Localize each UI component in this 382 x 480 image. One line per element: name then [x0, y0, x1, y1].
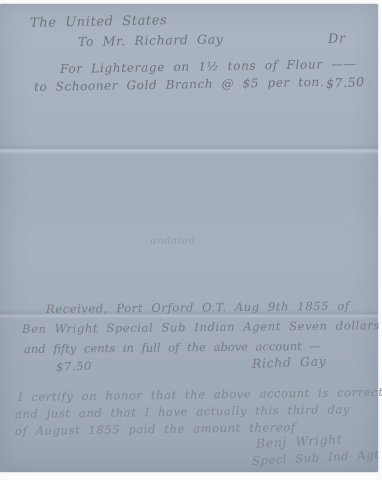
billing-header: The United States [30, 13, 168, 31]
agent-signature: Benj Wright [256, 431, 343, 451]
billing-amount: $7.50 [326, 74, 366, 91]
billing-dr-label: Dr [328, 31, 346, 47]
receipt-amount: $7.50 [56, 359, 92, 374]
billing-detail-line: to Schooner Gold Branch @ $5 per ton. [34, 75, 324, 94]
payee-signature: Richd Gay [252, 353, 327, 371]
certification-line-2: and just and that I have actually this t… [15, 402, 350, 421]
billing-service-line: For Lighterage on 1½ tons of Flour —— [60, 57, 357, 76]
receipt-line-1: Received, Port Orford O.T. Aug 9th 1855 … [46, 299, 350, 316]
receipt-line-3: and fifty cents in full of the above acc… [24, 339, 321, 356]
agent-signature-title: Specl Sub Ind Agt [252, 447, 380, 468]
scanned-document: The United States To Mr. Richard Gay Dr … [0, 0, 382, 480]
billing-debtor-line: To Mr. Richard Gay [78, 31, 224, 49]
pencil-note: undated [150, 236, 196, 247]
fold-crease-upper [0, 144, 378, 154]
certification-line-1: I certify on honor that the above accoun… [18, 385, 382, 404]
receipt-line-2: Ben Wright Special Sub Indian Agent Seve… [22, 318, 380, 336]
document-paper: The United States To Mr. Richard Gay Dr … [0, 4, 378, 472]
certification-line-3: of August 1855 paid the amount thereof [15, 420, 296, 438]
